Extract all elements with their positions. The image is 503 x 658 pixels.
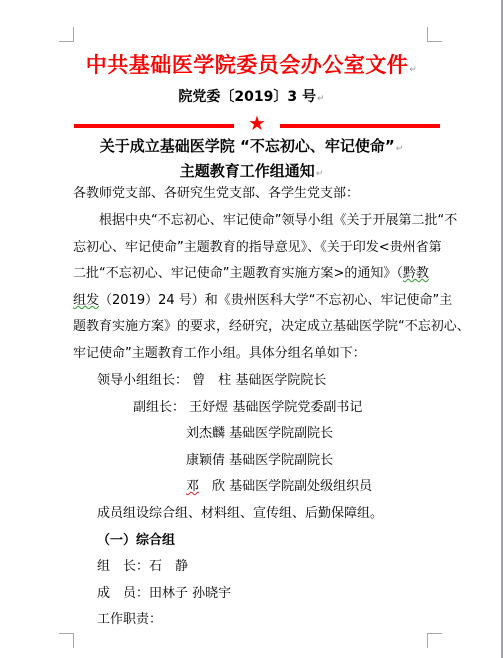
notice-heading-line2: 主题教育工作组通知↵ [0, 160, 503, 181]
paragraph-mark-icon: ↵ [317, 94, 325, 104]
deputy-name: 刘杰麟 [186, 426, 225, 441]
heading-line2-text: 主题教育工作组通知 [180, 162, 315, 180]
deputy-name: 康颖倩 [186, 453, 225, 468]
body-line-4-text: （2019）24 号）和《贵州医科大学“不忘初心、牢记使命”主 [99, 293, 452, 308]
paragraph-mark-icon: ↵ [396, 144, 404, 154]
spelling-flag[interactable]: 邓 [186, 479, 199, 494]
body-line-1: 根据中央“不忘初心、牢记使命”领导小组《关于开展第二批“不 [99, 213, 457, 229]
group1-leader-label: 组 长： [97, 559, 149, 574]
margin-corner-top-left [59, 27, 74, 42]
body-line-3-text: 二批“不忘初心、牢记使命”主题教育实施方案>的通知》（ [73, 266, 403, 281]
paragraph-mark-icon: ↵ [316, 169, 324, 179]
margin-corner-top-right [427, 27, 442, 42]
deputy-name-rest: 欣 [199, 479, 225, 494]
document-number: 院党委〔2019〕3 号↵ [0, 86, 503, 106]
margin-corner-bottom-left [59, 633, 74, 648]
notice-heading-line1: 关于成立基础医学院 “不忘初心、牢记使命”↵ [0, 135, 503, 156]
body-line-6: 牢记使命”主题教育工作小组。具体分组名单如下： [73, 346, 366, 362]
leader-title: 基础医学院院长 [235, 373, 326, 388]
group1-members: 田林子 孙晓宇 [149, 586, 231, 601]
body-line-4: 组发（2019）24 号）和《贵州医科大学“不忘初心、牢记使命”主 [73, 293, 452, 309]
deputy-row-3: 康颖倩 基础医学院副院长 [186, 453, 333, 469]
salutation: 各教师党支部、各研究生党支部、各学生党支部： [73, 186, 359, 202]
deputy-title: 基础医学院党委副书记 [232, 400, 362, 415]
document-header-title: 中共基础医学院委员会办公室文件↵ [0, 49, 503, 79]
leader-label: 领导小组组长： [97, 373, 188, 388]
group1-leader-name: 石 静 [149, 559, 188, 574]
deputy-name: 王妤煜 [189, 400, 228, 415]
leader-name: 曾 柱 [192, 373, 231, 388]
group1-members-row: 成 员：田林子 孙晓宇 [97, 586, 231, 602]
header-title-text: 中共基础医学院委员会办公室文件 [86, 53, 409, 77]
body-line-5: 题教育实施方案》的要求，经研究，决定成立基础医学院“不忘初心、 [73, 319, 470, 335]
grammar-flag[interactable]: 组发 [73, 293, 99, 308]
leader-row: 领导小组组长： 曾 柱 基础医学院院长 [97, 373, 326, 389]
body-line-2: 忘初心、牢记使命”主题教育的指导意见》、《关于印发<贵州省第 [73, 240, 442, 256]
deputy-row-1: 副组长： 王妤煜 基础医学院党委副书记 [133, 400, 362, 416]
body-line-3: 二批“不忘初心、牢记使命”主题教育实施方案>的通知》（黔教 [73, 266, 429, 282]
paragraph-mark-icon: ↵ [409, 65, 417, 75]
heading-line1-text: 关于成立基础医学院 “不忘初心、牢记使命” [100, 137, 395, 155]
groups-intro: 成员组设综合组、材料组、宣传组、后勤保障组。 [97, 506, 383, 522]
group1-heading: （一）综合组 [97, 533, 175, 549]
deputy-row-2: 刘杰麟 基础医学院副院长 [186, 426, 333, 442]
star-icon: ★ [248, 113, 266, 133]
group1-leader-row: 组 长：石 静 [97, 559, 188, 575]
deputy-title: 基础医学院副院长 [229, 453, 333, 468]
deputy-row-4: 邓 欣 基础医学院副处级组织员 [186, 479, 372, 495]
deputy-title: 基础医学院副院长 [229, 426, 333, 441]
grammar-flag[interactable]: 黔教 [403, 266, 429, 281]
group1-members-label: 成 员： [97, 586, 149, 601]
group1-duties-label: 工作职责： [97, 612, 162, 628]
deputy-title: 基础医学院副处级组织员 [229, 479, 372, 494]
deputy-label: 副组长： [133, 400, 185, 415]
red-rule-left [74, 124, 234, 128]
margin-corner-bottom-right [427, 633, 442, 648]
doc-number-text: 院党委〔2019〕3 号 [178, 89, 316, 105]
red-rule-right [280, 124, 440, 128]
